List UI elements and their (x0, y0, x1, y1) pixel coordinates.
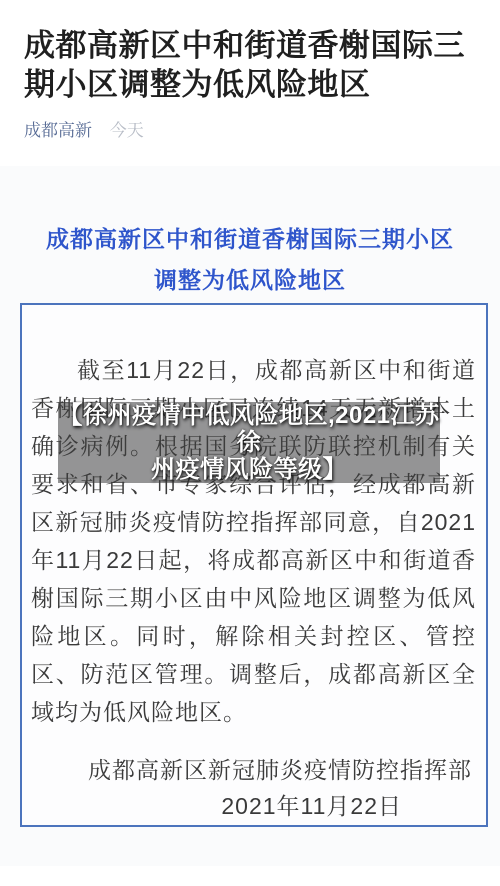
article-title: 成都高新区中和街道香榭国际三期小区调整为低风险地区 (24, 26, 486, 104)
notice-image: 成都高新区中和街道香榭国际三期小区 调整为低风险地区 截至11月22日，成都高新… (0, 166, 500, 866)
publish-time: 今天 (110, 121, 144, 140)
notice-body-text: 截至11月22日，成都高新区中和街道香榭国际三期小区已连续14天无新增本土确诊病… (22, 305, 486, 731)
notice-signature: 成都高新区新冠肺炎疫情防控指挥部 (22, 755, 486, 785)
notice-title: 成都高新区中和街道香榭国际三期小区 调整为低风险地区 (35, 166, 465, 301)
article-header: 成都高新区中和街道香榭国际三期小区调整为低风险地区 成都高新 今天 (0, 0, 500, 142)
notice-title-line1: 成都高新区中和街道香榭国际三期小区 (46, 226, 454, 252)
notice-title-line2: 调整为低风险地区 (154, 267, 346, 293)
article-page: 成都高新区中和街道香榭国际三期小区调整为低风险地区 成都高新 今天 成都高新区中… (0, 0, 500, 886)
notice-box: 截至11月22日，成都高新区中和街道香榭国际三期小区已连续14天无新增本土确诊病… (20, 303, 488, 827)
byline: 成都高新 今天 (24, 120, 484, 142)
notice-date: 2021年11月22日 (22, 791, 486, 821)
account-name-link[interactable]: 成都高新 (24, 121, 92, 140)
